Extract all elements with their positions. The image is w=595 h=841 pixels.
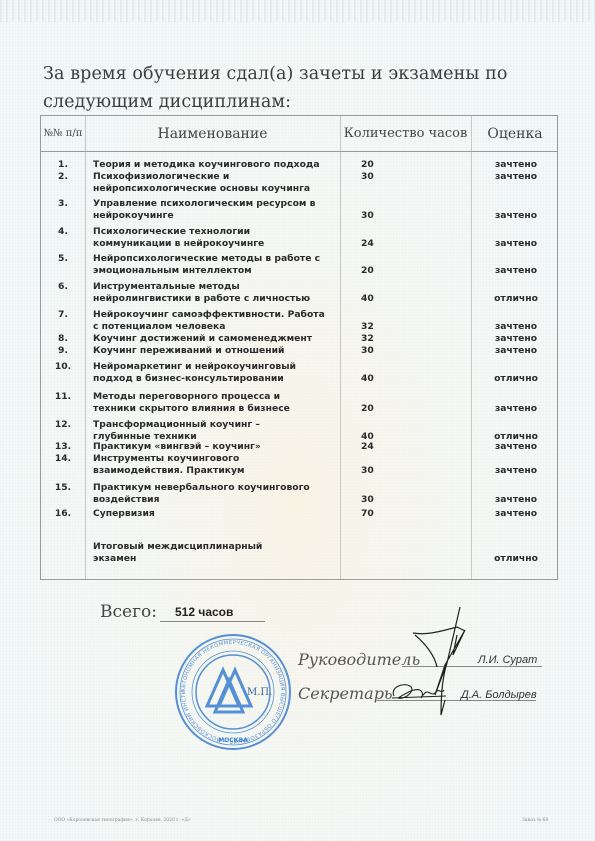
valknut-icon (207, 670, 251, 712)
discipline-name: Нейрокоучинг самоэффективности. Работа (93, 309, 338, 321)
discipline-grade: отлично (476, 373, 556, 385)
discipline-name: Практикум «вингвэй – коучинг» (93, 441, 338, 453)
discipline-hours: 40 (361, 293, 401, 305)
decorative-top-band (0, 0, 595, 22)
row-number: 8. (49, 333, 77, 345)
header-number: №№ п/п (41, 116, 85, 151)
discipline-name: Практикум невербального коучингового (93, 482, 338, 494)
discipline-name: нейропсихологические основы коучинга (93, 183, 338, 195)
total-underline (160, 621, 265, 622)
secretary-signature (388, 678, 448, 706)
discipline-name: нейрокоучинге (93, 210, 338, 222)
discipline-name: воздействия (93, 494, 338, 506)
row-number: 4. (49, 226, 77, 238)
printer-info: ООО «Королевская типография», г. Королев… (54, 818, 191, 823)
stamp-city: МОСКВА (218, 737, 248, 744)
stamp-mark: М.П. (247, 687, 272, 698)
discipline-name: с потенциалом человека (93, 321, 338, 333)
discipline-name: Супервизия (93, 508, 338, 520)
discipline-name: Инструменты коучингового (93, 453, 338, 465)
official-stamp: АВТОНОМНАЯ НЕКОММЕРЧЕСКАЯ ОРГАНИЗАЦИЯ ВЫ… (173, 632, 293, 752)
header-hours: Количество часов (340, 116, 471, 151)
row-number: 7. (49, 309, 77, 321)
discipline-hours: 70 (361, 508, 401, 520)
row-number: 2. (49, 171, 77, 183)
order-number: Заказ № 68 (522, 818, 548, 823)
discipline-hours: 20 (361, 265, 401, 277)
discipline-name: коммуникации в нейрокоучинге (93, 238, 338, 250)
total-hours: 512 часов (175, 605, 233, 619)
discipline-name: Трансформационный коучинг – (93, 419, 338, 431)
discipline-grade: зачтено (476, 441, 556, 453)
discipline-hours: 30 (361, 345, 401, 357)
column-divider (85, 116, 86, 579)
discipline-grade: зачтено (476, 403, 556, 415)
discipline-grade: зачтено (476, 171, 556, 183)
discipline-grade: зачтено (476, 265, 556, 277)
discipline-hours: 30 (361, 171, 401, 183)
column-divider (471, 116, 472, 579)
discipline-name: Инструментальные методы (93, 281, 338, 293)
discipline-name: техники скрытого влияния в бизнесе (93, 403, 338, 415)
row-number: 3. (49, 198, 77, 210)
discipline-grade: зачтено (476, 333, 556, 345)
discipline-grade: зачтено (476, 345, 556, 357)
row-number: 1. (49, 159, 77, 171)
discipline-name: Коучинг достижений и самоменеджмент (93, 333, 338, 345)
discipline-grade: зачтено (476, 159, 556, 171)
discipline-name: Коучинг переживаний и отношений (93, 345, 338, 357)
row-number: 12. (49, 419, 77, 431)
header-name: Наименование (85, 116, 340, 151)
discipline-hours: 24 (361, 441, 401, 453)
row-number: 11. (49, 391, 77, 403)
discipline-name: взаимодействия. Практикум (93, 465, 338, 477)
discipline-hours: 30 (361, 494, 401, 506)
discipline-hours: 30 (361, 465, 401, 477)
discipline-name: Психофизиологические и (93, 171, 338, 183)
discipline-grade: зачтено (476, 321, 556, 333)
total-label: Всего: (100, 602, 157, 622)
discipline-name: экзамен (93, 553, 338, 565)
discipline-name: подход в бизнес-консультировании (93, 373, 338, 385)
discipline-name: Нейропсихологические методы в работе с (93, 253, 338, 265)
header-grade: Оценка (471, 116, 559, 151)
row-number: 16. (49, 508, 77, 520)
discipline-name: Методы переговорного процесса и (93, 391, 338, 403)
row-number: 6. (49, 281, 77, 293)
disciplines-table: №№ п/п Наименование Количество часов Оце… (40, 115, 558, 580)
discipline-name: Теория и методика коучингового подхода (93, 159, 338, 171)
row-number: 14. (49, 453, 77, 465)
discipline-grade: зачтено (476, 508, 556, 520)
discipline-hours: 40 (361, 373, 401, 385)
column-divider (340, 116, 341, 579)
header-divider (41, 151, 557, 152)
row-number: 13. (49, 441, 77, 453)
row-number: 15. (49, 482, 77, 494)
row-number: 10. (49, 361, 77, 373)
director-name: Л.И. Сурат (478, 654, 537, 666)
discipline-grade: зачтено (476, 238, 556, 250)
discipline-hours: 30 (361, 210, 401, 222)
discipline-name: Нейромаркетинг и нейрокоучинговый (93, 361, 338, 373)
discipline-grade: зачтено (476, 494, 556, 506)
discipline-name: эмоциональным интеллектом (93, 265, 338, 277)
discipline-hours: 32 (361, 321, 401, 333)
row-number: 9. (49, 345, 77, 357)
discipline-grade: зачтено (476, 465, 556, 477)
discipline-grade: отлично (476, 293, 556, 305)
discipline-grade: отлично (476, 553, 556, 565)
discipline-hours: 32 (361, 333, 401, 345)
discipline-name: Психологические технологии (93, 226, 338, 238)
discipline-name: Итоговый междисциплинарный (93, 541, 338, 553)
discipline-hours: 20 (361, 403, 401, 415)
discipline-name: Управление психологическим ресурсом в (93, 198, 338, 210)
discipline-hours: 24 (361, 238, 401, 250)
discipline-name: нейролингвистики в работе с личностью (93, 293, 338, 305)
row-number: 5. (49, 253, 77, 265)
discipline-hours: 20 (361, 159, 401, 171)
intro-text: За время обучения сдал(а) зачеты и экзам… (43, 60, 563, 116)
discipline-grade: зачтено (476, 210, 556, 222)
